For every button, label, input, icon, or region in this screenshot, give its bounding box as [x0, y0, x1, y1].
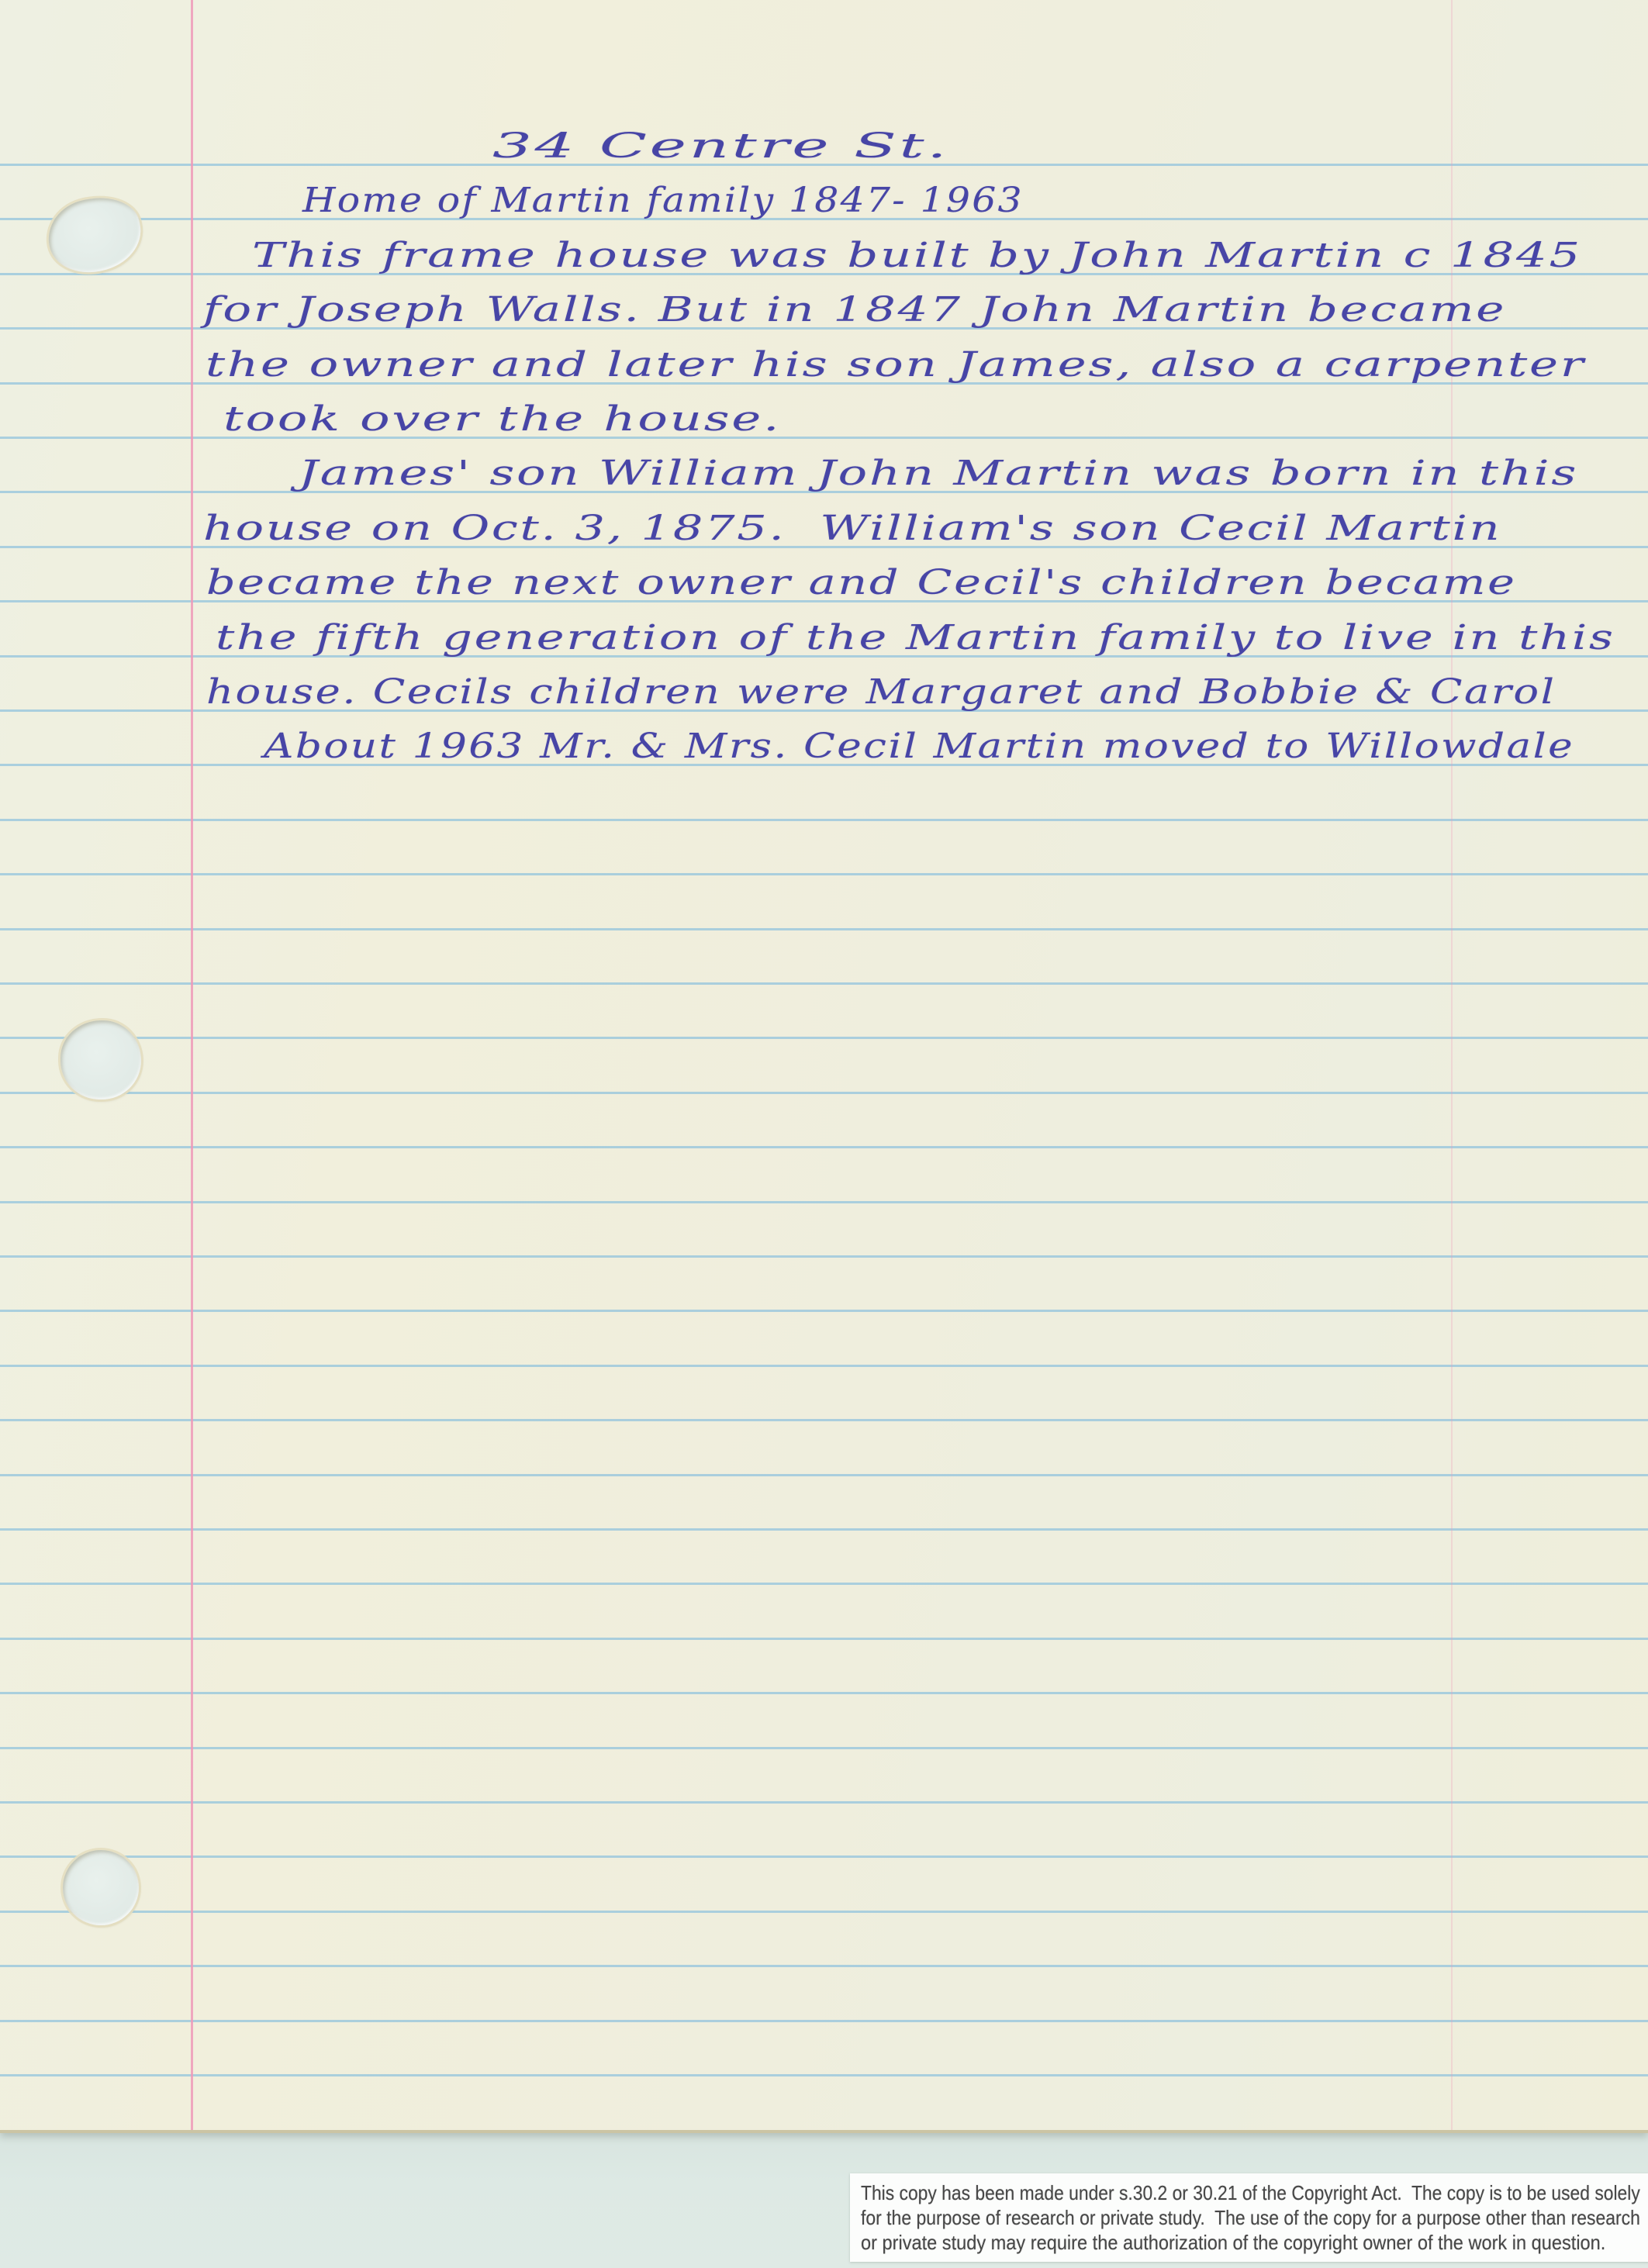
- handwritten-line: the fifth generation of the Martin famil…: [216, 615, 1615, 661]
- handwritten-line: 34 Centre St.: [492, 123, 949, 170]
- copyright-stamp-line: for the purpose of research or private s…: [861, 2205, 1570, 2230]
- handwritten-line: the owner and later his son James, also …: [206, 342, 1586, 388]
- handwritten-line: Home of Martin family 1847- 1963: [302, 178, 1024, 224]
- handwritten-line: house on Oct. 3, 1875. William's son Cec…: [203, 506, 1501, 552]
- copyright-stamp-line: or private study may require the authori…: [861, 2230, 1589, 2255]
- handwritten-line: This frame house was built by John Marti…: [252, 233, 1582, 279]
- notebook-paper: 34 Centre St.Home of Martin family 1847-…: [0, 0, 1648, 2133]
- copyright-stamp-line: This copy has been made under s.30.2 or …: [861, 2180, 1567, 2205]
- scanned-page: 34 Centre St.Home of Martin family 1847-…: [0, 0, 1648, 2268]
- handwritten-line: became the next owner and Cecil's childr…: [206, 560, 1517, 606]
- handwritten-line: James' son William John Martin was born …: [299, 450, 1578, 497]
- handwritten-line: took over the house.: [223, 396, 781, 443]
- copyright-stamp: This copy has been made under s.30.2 or …: [850, 2173, 1648, 2262]
- handwritten-line: About 1963 Mr. & Mrs. Cecil Martin moved…: [264, 723, 1574, 770]
- handwritten-line: house. Cecils children were Margaret and…: [206, 669, 1556, 716]
- handwritten-text-block: 34 Centre St.Home of Martin family 1847-…: [0, 0, 1648, 2130]
- handwritten-line: for Joseph Walls. But in 1847 John Marti…: [203, 287, 1506, 333]
